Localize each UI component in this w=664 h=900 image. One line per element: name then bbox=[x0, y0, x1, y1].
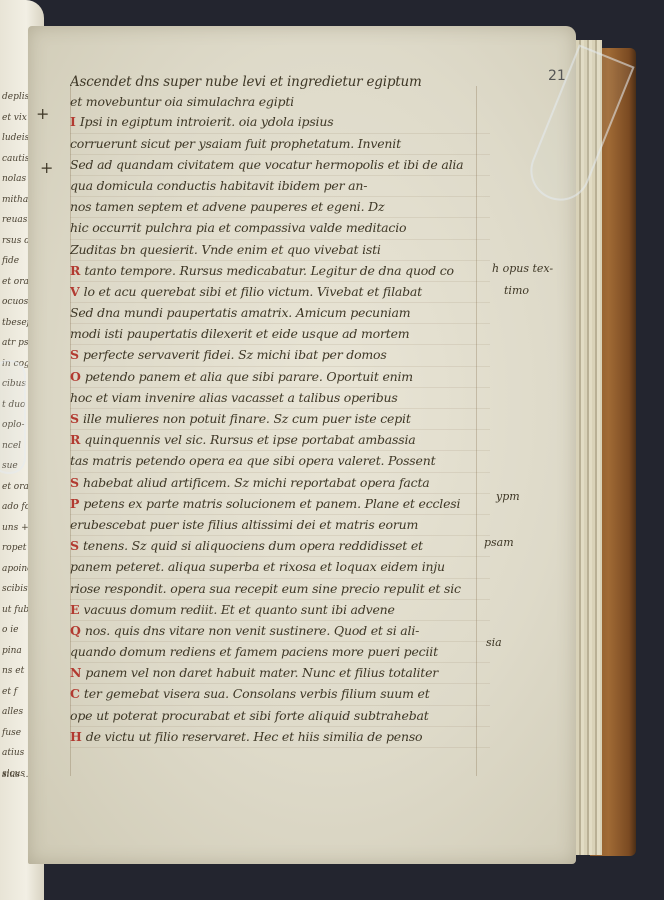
rubricated-initial: N bbox=[70, 665, 85, 680]
text-line: N panem vel non daret habuit mater. Nunc… bbox=[70, 663, 490, 684]
left-page-fragment: atr ps bbox=[2, 338, 29, 348]
text-line: R tanto tempore. Rursus medicabatur. Leg… bbox=[70, 261, 490, 282]
left-page-fragment: ocuos bbox=[2, 297, 28, 307]
bottom-margin-note: sius ... bbox=[2, 770, 31, 780]
text-line: P petens ex parte matris solucionem et p… bbox=[70, 494, 490, 515]
rubricated-initial: Q bbox=[70, 623, 85, 638]
text-line: hic occurrit pulchra pia et compassiva v… bbox=[70, 218, 490, 239]
text-line: hoc et viam invenire alias vacasset a ta… bbox=[70, 388, 490, 409]
rubricated-initial: S bbox=[70, 475, 83, 490]
left-page-fragment: et ora bbox=[2, 482, 29, 492]
manuscript-text-block: Ascendet dns super nube levi et ingredie… bbox=[70, 72, 490, 748]
text-line: tas matris petendo opera ea que sibi ope… bbox=[70, 451, 490, 472]
text-line: Sed ad quandam civitatem que vocatur her… bbox=[70, 155, 490, 176]
margin-cross-mark: + bbox=[40, 158, 53, 177]
rubricated-initial: P bbox=[70, 496, 83, 511]
text-line: S tenens. Sz quid si aliquociens dum ope… bbox=[70, 536, 490, 557]
text-line: S habebat aliud artificem. Sz michi repo… bbox=[70, 473, 490, 494]
left-page-fragment: mitha bbox=[2, 195, 28, 205]
text-line: S perfecte servaverit fidei. Sz michi ib… bbox=[70, 345, 490, 366]
margin-gloss: h opus tex- bbox=[492, 262, 553, 275]
margin-gloss: ypm bbox=[496, 490, 520, 503]
left-page-fragment: fide bbox=[2, 256, 19, 266]
margin-gloss: psam bbox=[484, 536, 514, 549]
rubricated-initial: R bbox=[70, 432, 84, 447]
text-line: quando domum rediens et famem paciens mo… bbox=[70, 642, 490, 663]
margin-gloss: sia bbox=[486, 636, 502, 649]
left-page-fragment: alles bbox=[2, 707, 23, 717]
text-line: H de victu ut filio reservaret. Hec et h… bbox=[70, 727, 490, 748]
left-page-fragment: ns et bbox=[2, 666, 24, 676]
rubricated-initial: E bbox=[70, 602, 83, 617]
left-page-fragment: ado fo bbox=[2, 502, 30, 512]
text-line: erubescebat puer iste filius altissimi d… bbox=[70, 515, 490, 536]
text-line: panem peteret. aliqua superba et rixosa … bbox=[70, 557, 490, 578]
text-line: qua domicula conductis habitavit ibidem … bbox=[70, 176, 490, 197]
heading-line: Ascendet dns super nube levi et ingredie… bbox=[70, 72, 490, 92]
text-line: Zuditas bn quesierit. Vnde enim et quo v… bbox=[70, 240, 490, 261]
text-line: riose respondit. opera sua recepit eum s… bbox=[70, 579, 490, 600]
left-page-fragment: cautis bbox=[2, 154, 29, 164]
rubricated-initial: V bbox=[70, 284, 84, 299]
text-line: E vacuus domum rediit. Et et quanto sunt… bbox=[70, 600, 490, 621]
rubricated-initial: C bbox=[70, 686, 84, 701]
left-page-fragment: atius bbox=[2, 748, 24, 758]
left-page-fragment: pina bbox=[2, 646, 22, 656]
left-page-fragment: deplis bbox=[2, 92, 29, 102]
rubricated-initial: R bbox=[70, 263, 84, 278]
text-line: C ter gemebat visera sua. Consolans verb… bbox=[70, 684, 490, 705]
left-page-fragment: ut fub bbox=[2, 605, 29, 615]
text-line: R quinquennis vel sic. Rursus et ipse po… bbox=[70, 430, 490, 451]
text-line: nos tamen septem et advene pauperes et e… bbox=[70, 197, 490, 218]
text-line: O petendo panem et alia que sibi parare.… bbox=[70, 367, 490, 388]
left-page-fragment: nolas bbox=[2, 174, 26, 184]
text-line: ope ut poterat procurabat et sibi forte … bbox=[70, 706, 490, 727]
left-page-fragment: et f bbox=[2, 687, 17, 697]
text-line: V lo et acu querebat sibi et filio victu… bbox=[70, 282, 490, 303]
margin-gloss: timo bbox=[504, 284, 529, 297]
rubricated-initial: S bbox=[70, 538, 83, 553]
margin-cross-mark: + bbox=[36, 104, 49, 123]
body-text: I Ipsi in egiptum introierit. oia ydola … bbox=[70, 112, 490, 748]
glass-weight-left bbox=[0, 360, 26, 474]
rubricated-initial: S bbox=[70, 411, 83, 426]
left-page-fragment: ropet bbox=[2, 543, 26, 553]
left-page-fragment: scibis bbox=[2, 584, 28, 594]
rubricated-initial: I bbox=[70, 114, 80, 129]
text-line: Q nos. quis dns vitare non venit sustine… bbox=[70, 621, 490, 642]
rubricated-initial: H bbox=[70, 729, 86, 744]
rubricated-initial: O bbox=[70, 369, 85, 384]
heading-line: et movebuntur oia simulachra egipti bbox=[70, 92, 490, 112]
left-page-fragment: et vix bbox=[2, 113, 27, 123]
rubricated-initial: S bbox=[70, 347, 83, 362]
left-page-fragment: ludeis bbox=[2, 133, 29, 143]
left-page-fragment: o ie bbox=[2, 625, 18, 635]
text-line: Sed dna mundi paupertatis amatrix. Amicu… bbox=[70, 303, 490, 324]
text-line: modi isti paupertatis dilexerit et eide … bbox=[70, 324, 490, 345]
text-line: corruerunt sicut per ysaiam fuit prophet… bbox=[70, 134, 490, 155]
text-line: I Ipsi in egiptum introierit. oia ydola … bbox=[70, 112, 490, 133]
text-line: S ille mulieres non potuit finare. Sz cu… bbox=[70, 409, 490, 430]
left-page-fragment: fuse bbox=[2, 728, 21, 738]
